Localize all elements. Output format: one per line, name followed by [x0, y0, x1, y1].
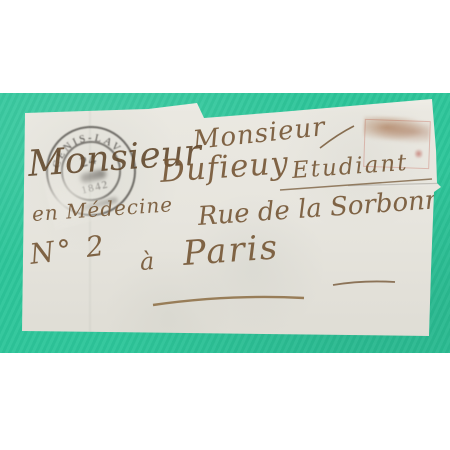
paris-dash-flourish — [333, 281, 395, 285]
address-street: Rue de la Sorbonne — [197, 184, 450, 232]
address-house-number: N° 2 — [28, 229, 109, 271]
photograph: CENIS-LAV 24 1842 Monsieur Monsieur Dufi… — [0, 0, 450, 450]
red-mark-speck — [414, 148, 422, 160]
addressee-name: Dufieuy — [159, 145, 290, 190]
red-mark-smear — [363, 116, 430, 144]
address-a-word: à — [139, 247, 155, 276]
underline-flourish — [153, 297, 304, 305]
address-city: Paris — [182, 227, 281, 274]
folded-letter: CENIS-LAV 24 1842 Monsieur Monsieur Dufi… — [20, 96, 444, 338]
addressee-title: Etudiant — [291, 150, 409, 184]
